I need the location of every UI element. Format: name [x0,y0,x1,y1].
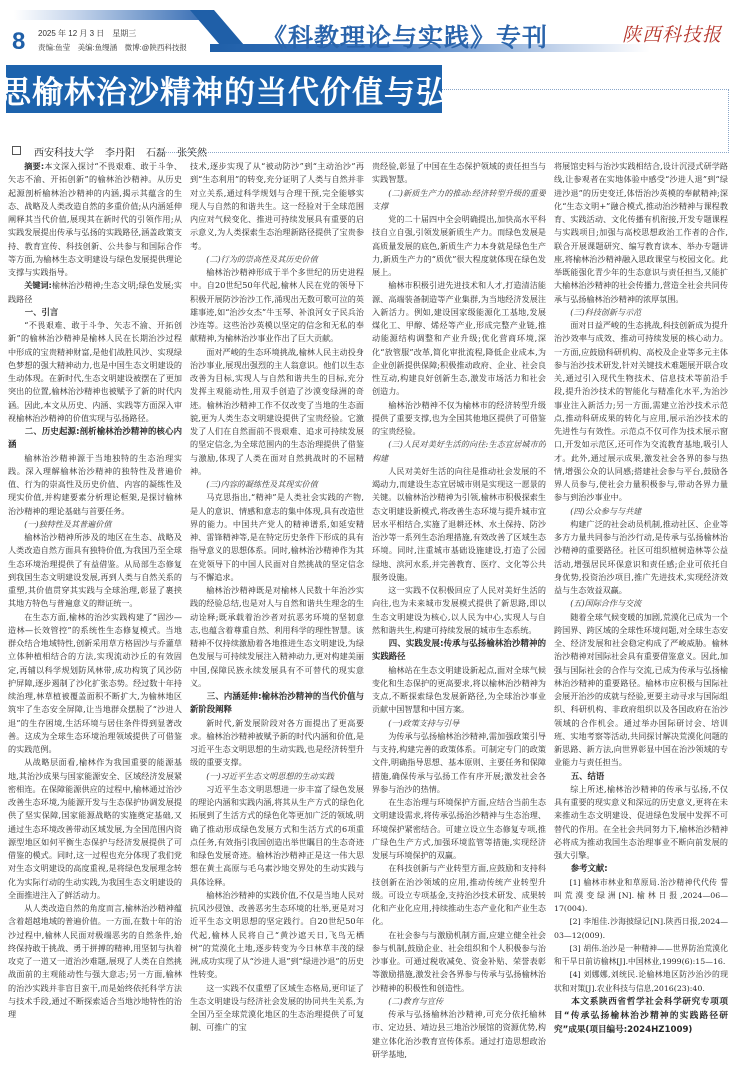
paragraph-text: 榆林治沙精神不仅为榆林市的经济转型升级提供了重要支撑,也为全国其他地区提供了可借… [372,400,546,437]
article-column: 摘要:本文深入探讨“不畏艰难、敢于斗争、矢志不渝、开拓创新”的榆林治沙精神。从历… [8,160,182,1077]
paragraph-text: 习近平生态文明思想进一步丰富了绿色发展的理论内涵和实践内涵,将其从生产方式的绿色… [190,784,364,887]
paragraph-text: (三)人民对美好生活的向往:生态宜居城市的构建 [372,439,546,462]
paragraph-text: 这一实践不仅重塑了区域生态格局,更印证了生态文明建设与经济社会发展的协同共生关系… [190,983,364,1033]
masthead: 8 2025 年 12 月 3 日 星期三 责编:鱼莹 美编:鱼缦涵 微博:@陕… [0,0,735,60]
subsection-heading: (二)教育与宣传 [372,995,546,1008]
paragraph-text: 党的二十届四中全会明确提出,加快高水平科技自立自强,引领发展新质生产力。而绿色发… [372,214,546,277]
body-paragraph: 榆林治沙精神源于当地独特的生态治理实践。深入理解榆林治沙精神的独特性及普遍价值、… [8,452,182,518]
paragraph-text: 新时代,新发展阶段对各方面提出了更高要求。榆林治沙精神被赋予新的时代内涵和价值,… [190,718,364,768]
section-heading: 三、内涵延伸:榆林治沙精神的当代价值与新阶段阐释 [190,690,364,717]
subsection-heading: (一)独特性及其普遍价值 [8,518,182,531]
paragraph-text: 构建广泛的社会动员机制,推动社区、企业等多方力量共同参与治沙行动,是传承与弘扬榆… [554,519,728,595]
body-paragraph: 榆林治沙精神形成于半个多世纪的历史进程中。自20世纪50年代起,榆林人民在党的领… [190,266,364,346]
author-name: 李丹阳 [105,144,135,159]
byline-box-icon [12,146,23,158]
paragraph-text: 马克思指出,“精神”是人类社会实践的产物,是人的意识、情感和意志的集中体现,具有… [190,492,364,582]
body-paragraph: 在生态方面,榆林的治沙实践构建了“固沙—造林—长效管控”的系统性生态修复模式。当… [8,611,182,757]
body-paragraph: 榆林市积极引进先进技术和人才,打造清洁能源、高端装备制造等产业集群,为当地经济发… [372,279,546,398]
body-paragraph: 随着全球气候变暖的加剧,荒漠化已成为一个跨国界、跨区域的全球性环境问题,对全球生… [554,611,728,770]
funding-note: 本文系陕西省哲学社会科学研究专项项目“传承弘扬榆林治沙精神的实践路径研究”成果(… [554,995,728,1037]
subsection-heading: (四)公众参与与共建 [554,505,728,518]
paragraph-text: 榆林治沙精神所涉及的地区在生态、战略及人类改造自然方面具有独特价值,为我国乃至全… [8,532,182,608]
paragraph-text: 综上所述,榆林治沙精神的传承与弘扬,不仅具有重要的现实意义和深远的历史意义,更将… [554,784,728,860]
subsection-heading: (二)行为的崇高性及其历史价值 [190,253,364,266]
issue-date: 2025 年 12 月 3 日 星期三 [38,28,136,39]
body-paragraph: 这一实践不仅积极回应了人民对美好生活的向往,也为未来城市发展模式提供了新思路,即… [372,584,546,637]
paragraph-text: 五、结语 [571,771,605,781]
paragraph-text: 面对严峻的生态环境挑战,榆林人民主动投身治沙事业,展现出强烈的主人翁意识。他们以… [190,347,364,476]
body-paragraph: 榆林治沙精神所涉及的地区在生态、战略及人类改造自然方面具有独特价值,为我国乃至全… [8,531,182,611]
paragraph-text: (三)科技创新与示范 [570,307,641,317]
article-column: 技术,逐步实现了从“被动防沙”到“主动治沙”再到“生态利用”的转变,充分证明了人… [190,160,364,1077]
article-body: 摘要:本文深入探讨“不畏艰难、敢于斗争、矢志不渝、开拓创新”的榆林治沙精神。从历… [8,160,730,1077]
body-paragraph: 面对严峻的生态环境挑战,榆林人民主动投身治沙事业,展现出强烈的主人翁意识。他们以… [190,346,364,479]
body-paragraph: 新时代,新发展阶段对各方面提出了更高要求。榆林治沙精神被赋予新的时代内涵和价值,… [190,717,364,770]
paragraph-text: (一)政策支持与引导 [388,718,459,728]
reference-entry: [2] 李旭佳.沙海披绿记[N].陕西日报,2024—03—12(009). [554,915,728,942]
paragraph-text: [1] 榆林市林业和草原局.治沙精神代代传 誓叫荒漠变绿洲[N].榆林日报,20… [554,878,728,914]
paragraph-text: 榆林治沙精神形成于半个多世纪的历史进程中。自20世纪50年代起,榆林人民在党的领… [190,267,364,343]
paragraph-text: 在生态治理与环境保护方面,应结合当前生态文明建设需求,将传承弘扬治沙精神与生态治… [372,797,546,860]
author-name: 张笑然 [177,144,207,159]
keywords-label: 关键词: [24,280,52,290]
paragraph-text: (二)教育与宣传 [388,996,443,1006]
body-paragraph: “不畏艰难、敢于斗争、矢志不渝、开拓创新”的榆林治沙精神是榆林人民在长期治沙过程… [8,319,182,425]
paragraph-text: 本文深入探讨“不畏艰难、敢于斗争、矢志不渝、开拓创新”的榆林治沙精神。从历史起源… [8,161,182,277]
author-name: 石磊 [146,144,166,159]
section-heading: 参考文献: [554,862,728,875]
subsection-heading: (三)内容的凝练性及其现实价值 [190,478,364,491]
section-heading: 五、结语 [554,770,728,783]
dotted-divider [158,152,729,153]
body-paragraph: 习近平生态文明思想进一步丰富了绿色发展的理论内涵和实践内涵,将其从生产方式的绿色… [190,783,364,889]
subsection-heading: (五)国际合作与交流 [554,597,728,610]
paragraph-text: “不畏艰难、敢于斗争、矢志不渝、开拓创新”的榆林治沙精神是榆林人民在长期治沙过程… [8,320,182,423]
paragraph-text: 面对日益严峻的生态挑战,科技创新成为提升治沙效率与成效、推动可持续发展的核心动力… [554,320,728,502]
paragraph-text: (二)行为的崇高性及其历史价值 [206,254,318,264]
paragraph-text: 参考文献: [571,863,608,873]
subsection-heading: (三)人民对美好生活的向往:生态宜居城市的构建 [372,438,546,465]
body-paragraph: 从战略层面看,榆林作为我国重要的能源基地,其治沙成果与国家能源安全、区域经济发展… [8,756,182,902]
paragraph-text: 将展馆史料与治沙实践相结合,设计沉浸式研学路线,让参观者在实地体验中感受“沙进人… [554,161,728,304]
subsection-heading: (一)政策支持与引导 [372,717,546,730]
paragraph-text: (一)独特性及其普遍价值 [24,519,111,529]
abstract-label: 摘要: [24,161,44,171]
paragraph-text: 榆林治沙精神源于当地独特的生态治理实践。深入理解榆林治沙精神的独特性及普遍价值、… [8,453,182,516]
paragraph-text: 在社会参与与激励机制方面,应建立健全社会参与机制,鼓励企业、社会组织和个人积极参… [372,930,546,993]
paragraph-text: 从战略层面看,榆林作为我国重要的能源基地,其治沙成果与国家能源安全、区域经济发展… [8,757,182,900]
body-paragraph: 贵经验,彰显了中国在生态保护领域的责任担当与实践智慧。 [372,160,546,187]
paragraph-text: 这一实践不仅积极回应了人民对美好生活的向往,也为未来城市发展模式提供了新思路,即… [372,585,546,635]
paragraph-text: 传承与弘扬榆林治沙精神,可充分依托榆林市、定边县、靖边县三地治沙展馆的资源优势,… [372,1009,546,1059]
body-paragraph: 技术,逐步实现了从“被动防沙”到“主动治沙”再到“生态利用”的转变,充分证明了人… [190,160,364,253]
body-paragraph: 构建广泛的社会动员机制,推动社区、企业等多方力量共同参与治沙行动,是传承与弘扬榆… [554,518,728,598]
special-issue-title: 《科教理论与实践》专刊 [262,18,548,54]
paragraph-text: 四、实践发展:传承与弘扬榆林治沙精神的实践路径 [372,638,546,661]
section-heading: 二、历史起源:剖析榆林治沙精神的核心内涵 [8,425,182,452]
masthead-gradient-band [14,10,214,20]
paragraph-text: (三)内容的凝练性及其现实价值 [206,479,318,489]
paragraph-text: (一)习近平生态文明思想的生动实践 [206,771,334,781]
subsection-heading: (一)习近平生态文明思想的生动实践 [190,770,364,783]
body-paragraph: 这一实践不仅重塑了区域生态格局,更印证了生态文明建设与经济社会发展的协同共生关系… [190,982,364,1035]
reference-entry: [3] 胡伟.治沙是一种精神——世界防治荒漠化和干旱日前访榆林[J].中国林业,… [554,942,728,969]
body-paragraph: 榆林治沙精神既是对榆林人民数十年治沙实践的经验总结,也是对人与自然和谐共生理念的… [190,584,364,690]
paragraph-text: 随着全球气候变暖的加剧,荒漠化已成为一个跨国界、跨区域的全球性环境问题,对全球生… [554,612,728,768]
body-paragraph: 人民对美好生活的向往是推动社会发展的不竭动力,而建设生态宜居城市则是实现这一愿景… [372,465,546,584]
section-heading: 一、引言 [8,306,182,319]
paragraph-text: 榆林市积极引进先进技术和人才,打造清洁能源、高端装备制造等产业集群,为当地经济发… [372,280,546,396]
body-paragraph: 为传承与弘扬榆林治沙精神,需加强政策引导与支持,构建完善的政策体系。可制定专门的… [372,730,546,796]
subsection-heading: (二)新质生产力的推动:经济转型升级的重要支撑 [372,187,546,214]
paragraph-text: (五)国际合作与交流 [570,598,641,608]
body-paragraph: 党的二十届四中全会明确提出,加快高水平科技自立自强,引领发展新质生产力。而绿色发… [372,213,546,279]
paragraph-text: 一、引言 [25,307,59,317]
editor-credits: 责编:鱼莹 美编:鱼缦涵 微博:@陕西科技报 [38,42,187,53]
section-heading: 四、实践发展:传承与弘扬榆林治沙精神的实践路径 [372,637,546,664]
paragraph-text: 榆林站在生态文明建设新起点,面对全球气候变化和生态保护的更高要求,将以榆林治沙精… [372,665,546,715]
keywords-paragraph: 关键词:榆林治沙精神;生态文明;绿色发展;实践路径 [8,279,182,306]
dotted-divider [442,89,729,90]
byline: 西安科技大学 李丹阳 石磊 张笑然 [12,144,207,159]
paragraph-text: 本文系陕西省哲学社会科学研究专项项目“传承弘扬榆林治沙精神的实践路径研究”成果(… [554,997,728,1035]
paragraph-text: 从人类改造自然的角度而言,榆林治沙精神蕴含着超越地域的普遍价值。一方面,在数十年… [8,903,182,1019]
paragraph-text: [4] 刘娜娜,刘统民.论榆林地区防沙治沙的现状和对策[J].农业科技与信息,2… [554,970,728,992]
abstract-paragraph: 摘要:本文深入探讨“不畏艰难、敢于斗争、矢志不渝、开拓创新”的榆林治沙精神。从历… [8,160,182,279]
body-paragraph: 将展馆史料与治沙实践相结合,设计沉浸式研学路线,让参观者在实地体验中感受“沙进人… [554,160,728,306]
paragraph-text: 二、历史起源:剖析榆林治沙精神的核心内涵 [8,426,182,449]
headline-banner: 多维审思榆林治沙精神的当代价值与弘扬路径 [6,65,442,113]
paragraph-text: 为传承与弘扬榆林治沙精神,需加强政策引导与支持,构建完善的政策体系。可制定专门的… [372,731,546,794]
body-paragraph: 榆林治沙精神的实践价值,不仅是当地人民对抗风沙侵蚀、改善恶劣生态环境的壮举,更是… [190,889,364,982]
article-column: 将展馆史料与治沙实践相结合,设计沉浸式研学路线,让参观者在实地体验中感受“沙进人… [554,160,728,1077]
body-paragraph: 榆林站在生态文明建设新起点,面对全球气候变化和生态保护的更高要求,将以榆林治沙精… [372,664,546,717]
paragraph-text: 在科技创新与产业转型方面,应鼓励和支持科技创新在治沙领域的应用,推动传统产业转型… [372,863,546,926]
paragraph-text: (四)公众参与与共建 [570,506,641,516]
reference-entry: [1] 榆林市林业和草原局.治沙精神代代传 誓叫荒漠变绿洲[N].榆林日报,20… [554,876,728,916]
paragraph-text: 榆林治沙精神的实践价值,不仅是当地人民对抗风沙侵蚀、改善恶劣生态环境的壮举,更是… [190,890,364,980]
body-paragraph: 在社会参与与激励机制方面,应建立健全社会参与机制,鼓励企业、社会组织和个人积极参… [372,929,546,995]
paragraph-text: 贵经验,彰显了中国在生态保护领域的责任担当与实践智慧。 [372,161,546,184]
body-paragraph: 传承与弘扬榆林治沙精神,可充分依托榆林市、定边县、靖边县三地治沙展馆的资源优势,… [372,1008,546,1061]
paragraph-text: (二)新质生产力的推动:经济转型升级的重要支撑 [372,188,546,211]
reference-entry: [4] 刘娜娜,刘统民.论榆林地区防沙治沙的现状和对策[J].农业科技与信息,2… [554,968,728,995]
subsection-heading: (三)科技创新与示范 [554,306,728,319]
newspaper-logo: 陕西科技报 [622,20,722,47]
page-number: 8 [12,28,25,56]
body-paragraph: 在科技创新与产业转型方面,应鼓励和支持科技创新在治沙领域的应用,推动传统产业转型… [372,862,546,928]
body-paragraph: 从人类改造自然的角度而言,榆林治沙精神蕴含着超越地域的普遍价值。一方面,在数十年… [8,902,182,1021]
paragraph-text: 人民对美好生活的向往是推动社会发展的不竭动力,而建设生态宜居城市则是实现这一愿景… [372,466,546,582]
paragraph-text: 榆林治沙精神既是对榆林人民数十年治沙实践的经验总结,也是对人与自然和谐共生理念的… [190,585,364,688]
body-paragraph: 综上所述,榆林治沙精神的传承与弘扬,不仅具有重要的现实意义和深远的历史意义,更将… [554,783,728,863]
paragraph-text: [2] 李旭佳.沙海披绿记[N].陕西日报,2024—03—12(009). [554,917,728,939]
body-paragraph: 榆林治沙精神不仅为榆林市的经济转型升级提供了重要支撑,也为全国其他地区提供了可借… [372,399,546,439]
author-institution: 西安科技大学 [34,144,94,159]
paragraph-text: 三、内涵延伸:榆林治沙精神的当代价值与新阶段阐释 [190,691,364,714]
paragraph-text: 在生态方面,榆林的治沙实践构建了“固沙—造林—长效管控”的系统性生态修复模式。当… [8,612,182,755]
article-column: 贵经验,彰显了中国在生态保护领域的责任担当与实践智慧。(二)新质生产力的推动:经… [372,160,546,1077]
body-paragraph: 在生态治理与环境保护方面,应结合当前生态文明建设需求,将传承弘扬治沙精神与生态治… [372,796,546,862]
body-paragraph: 马克思指出,“精神”是人类社会实践的产物,是人的意识、情感和意志的集中体现,具有… [190,491,364,584]
dotted-divider [728,89,729,153]
body-paragraph: 面对日益严峻的生态挑战,科技创新成为提升治沙效率与成效、推动可持续发展的核心动力… [554,319,728,505]
paragraph-text: 技术,逐步实现了从“被动防沙”到“主动治沙”再到“生态利用”的转变,充分证明了人… [190,161,364,251]
paragraph-text: [3] 胡伟.治沙是一种精神——世界防治荒漠化和干旱日前访榆林[J].中国林业,… [554,944,728,966]
